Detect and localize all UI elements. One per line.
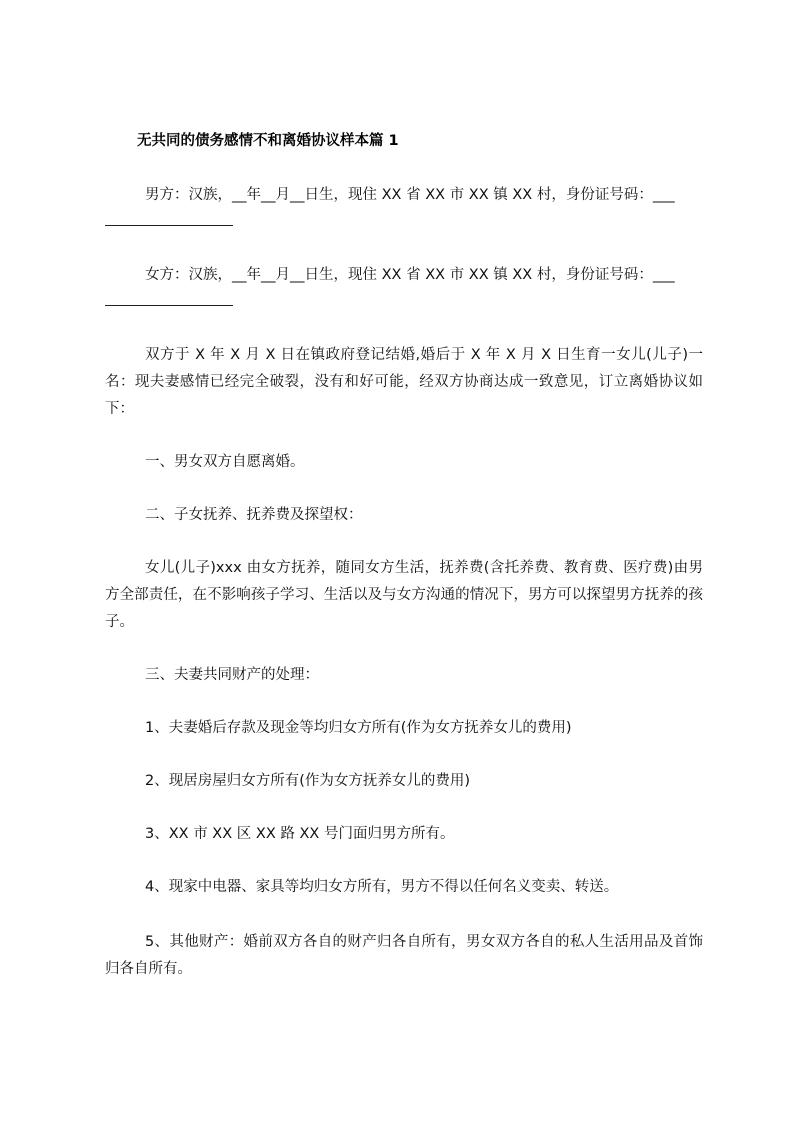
id-number-blank-line xyxy=(105,213,233,226)
property-item-5: 5、其他财产：婚前双方各自的财产归各自所有，男女双方各自的私人生活用品及首饰归各… xyxy=(105,929,703,983)
clause-1-heading: 一、男女双方自愿离婚。 xyxy=(105,449,703,476)
paragraph-female-party: 女方：汉族，__年__月__日生，现住 XX 省 XX 市 XX 镇 XX 村，… xyxy=(105,262,703,306)
paragraph-text: 女方：汉族，__年__月__日生，现住 XX 省 XX 市 XX 镇 XX 村，… xyxy=(145,267,675,283)
property-item-3: 3、XX 市 XX 区 XX 路 XX 号门面归男方所有。 xyxy=(105,821,703,848)
paragraph-male-party: 男方：汉族，__年__月__日生，现住 XX 省 XX 市 XX 镇 XX 村，… xyxy=(105,182,703,226)
id-number-blank-line xyxy=(105,293,233,306)
property-item-2: 2、现居房屋归女方所有(作为女方抚养女儿的费用) xyxy=(105,768,703,795)
paragraph-introduction: 双方于 X 年 X 月 X 日在镇政府登记结婚,婚后于 X 年 X 月 X 日生… xyxy=(105,342,703,423)
clause-2-heading: 二、子女抚养、抚养费及探望权： xyxy=(105,502,703,529)
paragraph-text: 男方：汉族，__年__月__日生，现住 XX 省 XX 市 XX 镇 XX 村，… xyxy=(145,187,675,203)
clause-2-body: 女儿(儿子)xxx 由女方抚养，随同女方生活，抚养费(含托养费、教育费、医疗费)… xyxy=(105,555,703,636)
property-item-1: 1、夫妻婚后存款及现金等均归女方所有(作为女方抚养女儿的费用) xyxy=(105,715,703,742)
document-title: 无共同的债务感情不和离婚协议样本篇 1 xyxy=(137,131,399,151)
document-page: 无共同的债务感情不和离婚协议样本篇 1 男方：汉族，__年__月__日生，现住 … xyxy=(0,0,793,1122)
clause-3-heading: 三、夫妻共同财产的处理： xyxy=(105,662,703,689)
property-item-4: 4、现家中电器、家具等均归女方所有，男方不得以任何名义变卖、转送。 xyxy=(105,874,703,901)
